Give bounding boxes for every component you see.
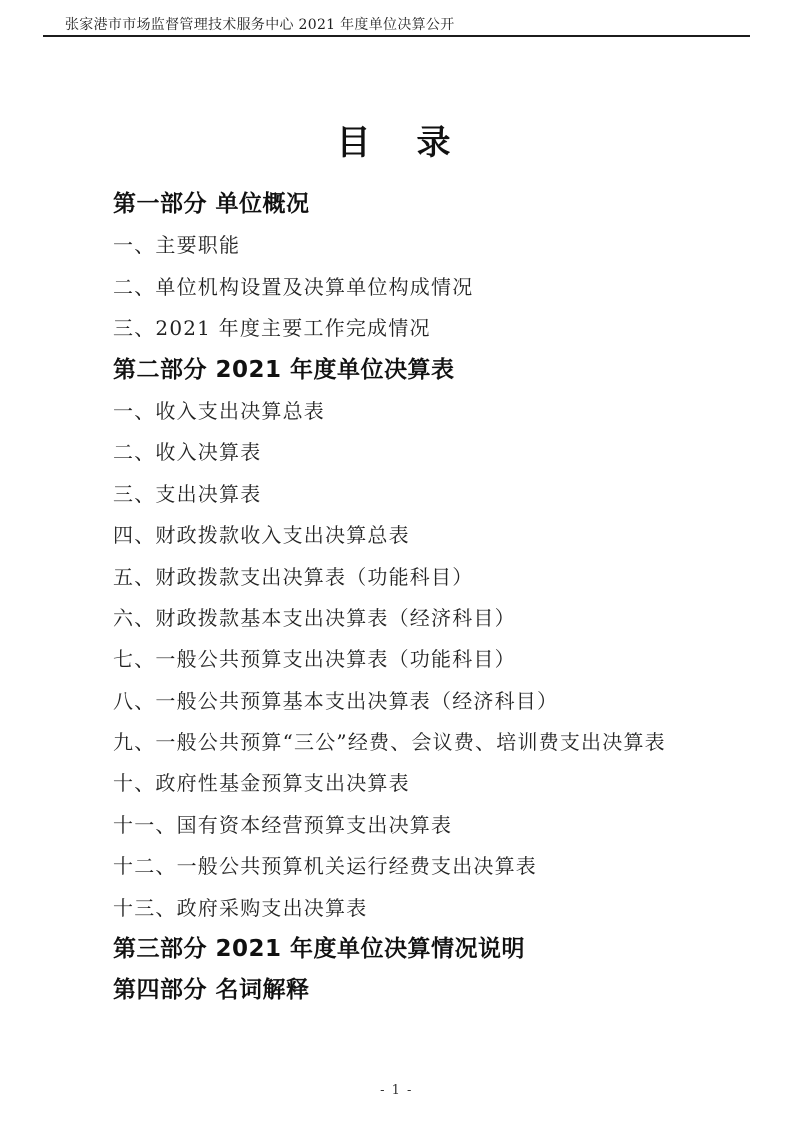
toc-item: 十、政府性基金预算支出决算表 [113, 763, 753, 804]
toc-item: 十一、国有资本经营预算支出决算表 [113, 805, 753, 846]
toc-item: 三、2021 年度主要工作完成情况 [113, 308, 753, 349]
toc-item: 十二、一般公共预算机关运行经费支出决算表 [113, 846, 753, 887]
toc-item: 四、财政拨款收入支出决算总表 [113, 515, 753, 556]
toc-item: 三、支出决算表 [113, 474, 753, 515]
toc-title: 目 录 [0, 122, 793, 164]
toc-section-part2: 第二部分 2021 年度单位决算表 [113, 350, 753, 391]
toc-item: 九、一般公共预算“三公”经费、会议费、培训费支出决算表 [113, 722, 753, 763]
page-footer: - 1 - [0, 1083, 793, 1098]
toc-item: 一、收入支出决算总表 [113, 391, 753, 432]
document-page: 张家港市市场监督管理技术服务中心 2021 年度单位决算公开 目 录 第一部分 … [0, 0, 793, 1122]
toc-item: 二、收入决算表 [113, 432, 753, 473]
page-number: - 1 - [380, 1083, 413, 1098]
header-title: 张家港市市场监督管理技术服务中心 2021 年度单位决算公开 [65, 17, 455, 33]
toc-item: 二、单位机构设置及决算单位构成情况 [113, 267, 753, 308]
toc-item: 十三、政府采购支出决算表 [113, 888, 753, 929]
toc-list: 第一部分 单位概况 一、主要职能 二、单位机构设置及决算单位构成情况 三、202… [113, 184, 753, 1012]
toc-section-part4: 第四部分 名词解释 [113, 970, 753, 1011]
page-header: 张家港市市场监督管理技术服务中心 2021 年度单位决算公开 [65, 17, 455, 34]
toc-item: 一、主要职能 [113, 225, 753, 266]
toc-item: 六、财政拨款基本支出决算表（经济科目） [113, 598, 753, 639]
toc-item: 五、财政拨款支出决算表（功能科目） [113, 557, 753, 598]
header-rule [43, 35, 750, 37]
toc-item: 七、一般公共预算支出决算表（功能科目） [113, 639, 753, 680]
toc-item: 八、一般公共预算基本支出决算表（经济科目） [113, 681, 753, 722]
toc-section-part3: 第三部分 2021 年度单位决算情况说明 [113, 929, 753, 970]
toc-section-part1: 第一部分 单位概况 [113, 184, 753, 225]
